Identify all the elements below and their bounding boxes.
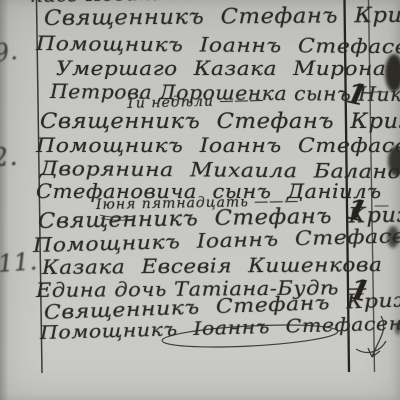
- handwriting-line-priest: Священникъ Стефанъ Крижановскій.: [40, 109, 400, 133]
- gutter-dash: —: [373, 82, 389, 100]
- handwriting-line-assistant: Помощникъ Іоаннъ Стефасенко: [36, 133, 400, 157]
- margin-entry-number: 9.: [0, 37, 20, 68]
- margin-entry-number: 2.: [0, 141, 19, 174]
- register-page-scan: 9. 2. 11. наго Козака Василія сынъ Свяще…: [0, 0, 400, 400]
- handwriting-line-priest: Священникъ Стефанъ Крижановскій.: [44, 2, 400, 30]
- gutter-dash: —: [374, 196, 390, 214]
- handwriting-line-cossack: Умершаго Казака Мирона: [56, 56, 386, 80]
- handwriting-line-assistant: Помощникъ Іоаннъ Стефасенко: [36, 31, 400, 59]
